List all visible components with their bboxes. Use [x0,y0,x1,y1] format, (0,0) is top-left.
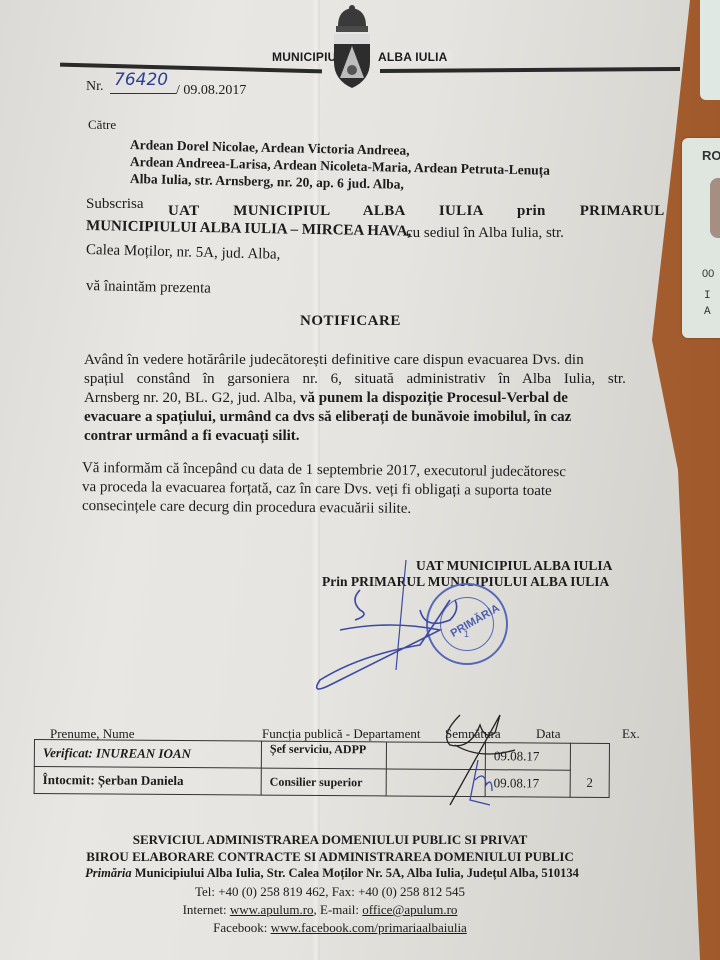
column-header-function: Funcția publică - Departament [262,726,420,742]
footer-address-text: Municipiului Alba Iulia, Str. Calea Moți… [135,866,579,880]
body-paragraph-line: Având în vedere hotărârile judecătorești… [84,352,584,369]
body-paragraph-line: Arnsberg nr. 20, BL. G2, jud. Alba, vă p… [84,390,568,407]
registration-number-handwritten: 76420 [114,70,168,90]
id-card-line: A [704,306,711,318]
body-text-bold: vă punem la dispoziție Procesul-Verbal d… [300,390,568,406]
handwritten-signatures-icon [420,705,530,815]
intro-subscrisa: Subscrisa [86,196,144,213]
header-rule-left [60,63,322,74]
id-card-line: 00 [702,268,714,280]
body-bold-line: evacuare a spațiului, urmând ca dvs să e… [84,409,571,426]
coat-of-arms-icon [330,4,374,88]
background-card-top [700,0,720,100]
body-paragraph-line: va proceda la evacuarea forțată, caz în … [82,479,552,500]
header-rule-right [380,67,680,73]
footer-department: SERVICIUL ADMINISTRAREA DOMENIULUI PUBLI… [0,832,660,848]
function-cell: Șef serviciu, ADPP [261,741,386,769]
intro-institution: UAT MUNICIPIUL ALBA IULIA prin PRIMARUL [168,203,665,220]
body-bold-line: contrar urmând a fi evacuați silit. [84,428,300,445]
footer-email-label: , E-mail: [314,902,360,917]
column-header-copies: Ex. [622,726,640,742]
mayor-signature-icon [300,560,480,700]
body-text: Arnsberg nr. 20, BL. G2, jud. Alba, [84,390,296,406]
document-title: NOTIFICARE [300,313,401,330]
copies-cell: 2 [570,743,609,797]
footer-facebook-label: Facebook: [213,920,267,935]
body-paragraph-line: spațiul constând în garsoniera nr. 6, si… [84,371,626,388]
intro-forward: vă înaintăm prezenta [86,278,211,298]
footer-facebook: Facebook: www.facebook.com/primariaalbai… [0,920,680,936]
document-page: MUNICIPIUL ALBA IULIA Nr. 76420 / 09.08.… [0,0,720,960]
body-paragraph-line: consecințele care decurg din procedura e… [82,498,411,518]
intro-seat: cu sediul în Alba Iulia, str. [406,225,564,242]
registration-date: / 09.08.2017 [176,83,246,99]
verified-by-cell: Verificat: INUREAN IOAN [34,740,261,769]
footer-office: BIROU ELABORARE CONTRACTE SI ADMINISTRAR… [0,849,660,865]
id-card-line: I [704,290,711,302]
id-card-label: RO [702,148,720,163]
id-card-photo [710,178,720,238]
logo-text-right: ALBA IULIA [374,50,452,64]
intro-mayor: MUNICIPIULUI ALBA IULIA – MIRCEA HAVA, [86,218,412,241]
function-cell: Consilier superior [261,768,386,796]
column-header-date: Data [536,726,561,742]
email-link[interactable]: office@apulum.ro [362,902,457,917]
footer-phone: Tel: +40 (0) 258 819 462, Fax: +40 (0) 2… [0,884,660,900]
intro-address: Calea Moților, nr. 5A, jud. Alba, [86,242,281,264]
registration-number-underline [110,93,176,94]
footer-address: Primăria Municipiului Alba Iulia, Str. C… [0,866,664,881]
addressee-label: Către [88,117,116,133]
facebook-link[interactable]: www.facebook.com/primariaalbaiulia [271,920,467,935]
footer-internet-label: Internet: [183,902,227,917]
footer-address-emphasis: Primăria [85,866,132,880]
background-id-card: RO 00 I A [682,138,720,338]
footer-contact: Internet: www.apulum.ro, E-mail: office@… [0,902,640,918]
prepared-by-cell: Întocmit: Șerban Daniela [34,767,261,796]
registration-number-label: Nr. [86,79,104,95]
body-paragraph-line: Vă informăm că începând cu data de 1 sep… [82,460,566,481]
website-link[interactable]: www.apulum.ro [230,902,314,917]
